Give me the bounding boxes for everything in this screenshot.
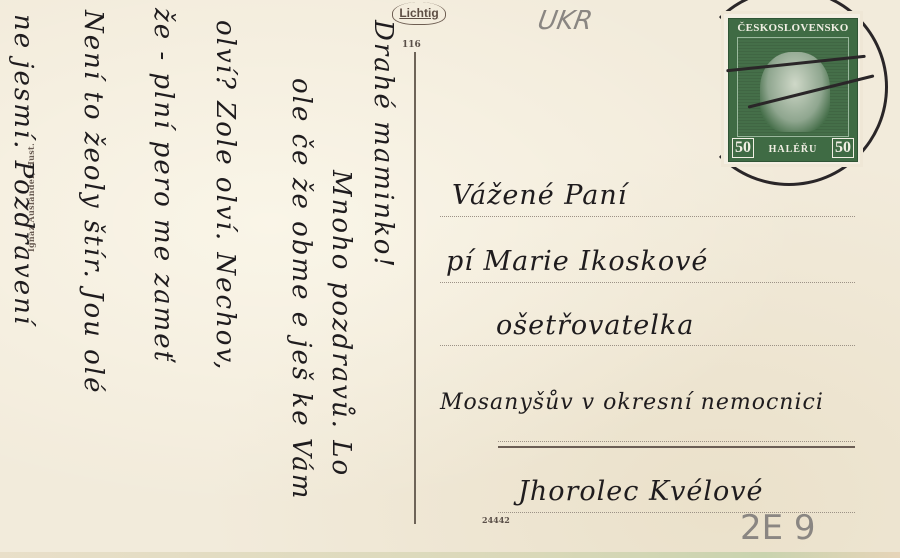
message-line-2: Mnoho pozdravů. Lo (326, 170, 356, 477)
card-edge (0, 552, 900, 558)
card-number: 116 (402, 40, 421, 50)
address-line-2 (440, 282, 855, 283)
stamp-country: ČESKOSLOVENSKO (729, 22, 857, 34)
stamp-value-right: 50 (832, 138, 854, 158)
message-line-5: že - plní pero me zameť (148, 8, 178, 363)
address-town: Jhorolec Kvélové (518, 476, 763, 507)
address-line-1 (440, 216, 855, 217)
message-line-4: olví? Zole olví. Nechov, (210, 20, 240, 371)
cancellation-marks (716, 50, 886, 110)
message-line-7: ne jesmí. Pozdravení (8, 14, 38, 326)
address-underline (498, 446, 855, 448)
message-line-1: Drahé maminko! (368, 20, 398, 269)
pencil-note-bottom: 2E 9 (740, 508, 816, 548)
publisher-logo: Lichtig (392, 2, 446, 25)
postcard-back: Lichtig 116 Ignaz Ausländer, Hust. UKR Č… (0, 0, 900, 558)
address-line-3 (440, 345, 855, 346)
address-line-4 (498, 441, 855, 442)
publisher-logo-text: Lichtig (399, 6, 438, 20)
address-institution: Mosanyšův v okresní nemocnici (440, 390, 824, 415)
center-divider (414, 52, 416, 524)
address-occupation: ošetřovatelka (496, 310, 694, 341)
print-number: 24442 (482, 515, 510, 525)
address-salutation: Vážené Paní (452, 180, 627, 211)
message-line-6: Není to žeoly štír. Jou olé (78, 10, 108, 394)
address-name: pí Marie Ikoskové (446, 246, 708, 277)
message-line-3: ole če že obme e ješ ke Vám (286, 78, 316, 500)
pencil-note-top: UKR (535, 6, 594, 36)
